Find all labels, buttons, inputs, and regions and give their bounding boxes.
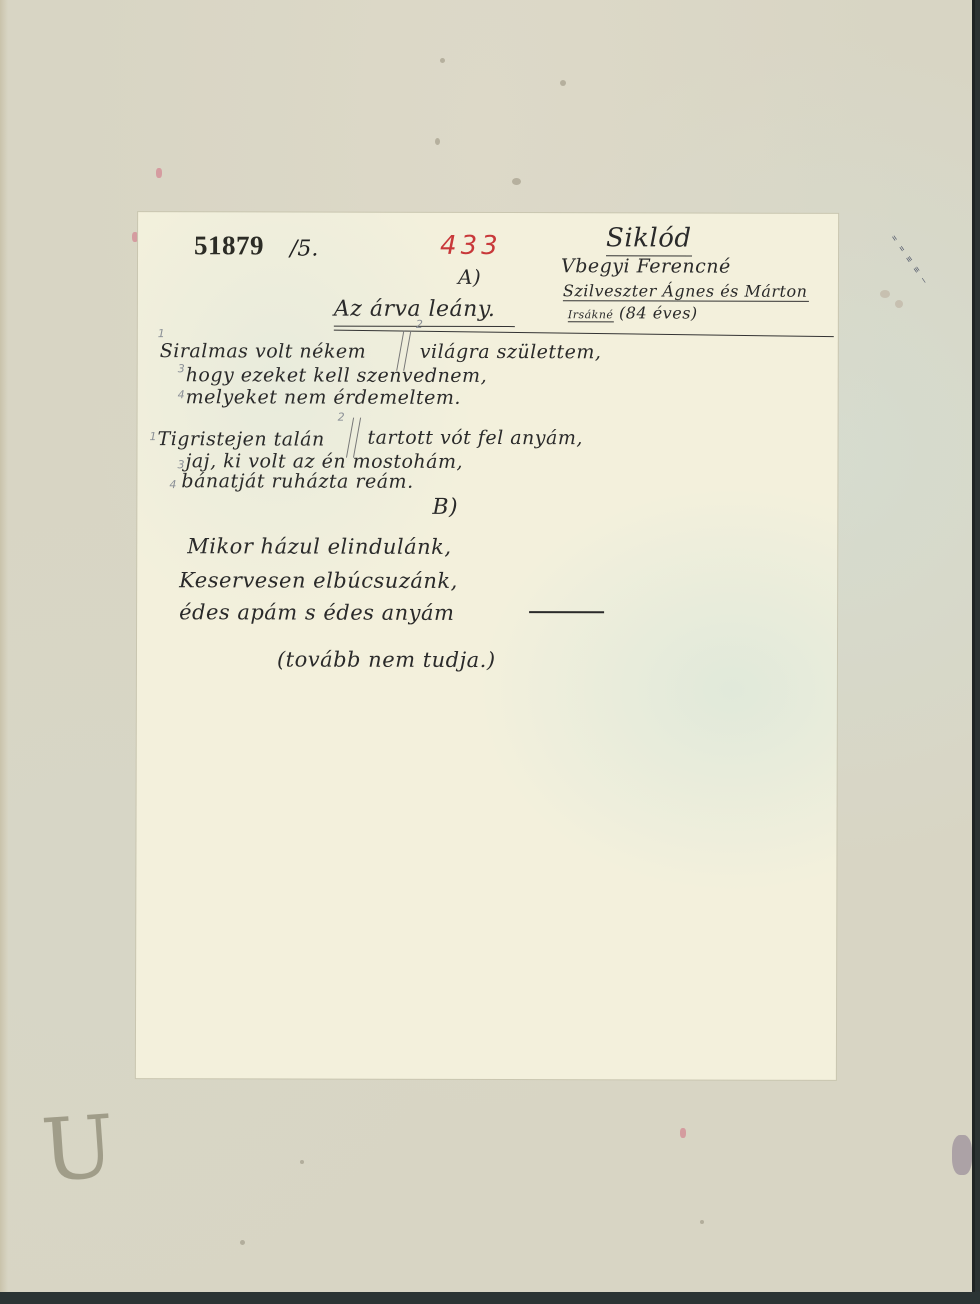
- line-number: 3: [178, 362, 185, 375]
- foxing-speck: [440, 58, 445, 63]
- verse-line: hogy ezeket kell szenvednem,: [186, 364, 487, 387]
- informant-age: (84 éves): [619, 303, 698, 322]
- line-number: 1: [150, 430, 157, 443]
- line-number: 4: [178, 388, 185, 401]
- catalog-suffix: /5.: [290, 236, 318, 261]
- foxing-speck: [512, 178, 521, 185]
- place-name: Siklód: [606, 223, 692, 256]
- line-number: 2: [416, 318, 423, 331]
- verse-line: melyeket nem érdemeltem.: [186, 386, 461, 409]
- pink-stain: [156, 168, 162, 178]
- verse-line: Mikor házul elindulánk,: [187, 534, 451, 559]
- foxing-speck: [700, 1220, 704, 1224]
- foxing-speck: [895, 300, 903, 308]
- verse-line: Keservesen elbúcsuzánk,: [179, 568, 458, 593]
- manuscript-sheet: 51879 /5. 433 Siklód Vbegyi Ferencné Szi…: [136, 212, 838, 1080]
- card-left-edge: [0, 0, 8, 1292]
- line-number: 2: [338, 411, 345, 424]
- verse-line: Tigristejen talán: [158, 428, 325, 450]
- verse-line: édes apám s édes anyám: [179, 600, 454, 625]
- informant-name: Vbegyi Ferencné: [561, 255, 731, 277]
- continuation-dash: [529, 611, 604, 613]
- tally-marks: = = ≡ ≡ ‒: [888, 233, 929, 286]
- foxing-speck: [435, 138, 440, 145]
- pink-stain: [680, 1128, 686, 1138]
- foxing-speck: [880, 290, 890, 298]
- song-title: Az árva leány.: [334, 297, 516, 327]
- pencil-mark: U: [39, 1103, 97, 1196]
- line-number: 4: [169, 478, 176, 491]
- informant-maiden-name: Szilveszter Ágnes és Márton: [563, 281, 810, 302]
- verse-line: világra születtem,: [420, 341, 602, 363]
- scan-background-bar: [0, 1292, 980, 1304]
- informant-age-line: Irsákné (84 éves): [568, 303, 698, 322]
- mounting-card: = = ≡ ≡ ‒ U 51879 /5. 433 Siklód Vbegyi …: [0, 0, 975, 1292]
- foxing-speck: [300, 1160, 304, 1164]
- section-label-b: B): [432, 495, 458, 520]
- line-number: 1: [158, 327, 165, 340]
- informant-alias: Irsákné: [568, 308, 614, 322]
- foxing-speck: [240, 1240, 245, 1245]
- purple-stain: [952, 1135, 972, 1175]
- verse-line: bánatját ruházta reám.: [181, 470, 413, 493]
- catalog-number: 51879: [194, 230, 264, 261]
- foxing-speck: [560, 80, 566, 86]
- verse-line: tartott vót fel anyám,: [368, 427, 583, 450]
- closing-note: (tovább nem tudja.): [277, 647, 496, 672]
- section-label-a: A): [458, 265, 481, 289]
- verse-line: Siralmas volt nékem: [160, 340, 366, 363]
- red-item-number: 433: [440, 231, 502, 261]
